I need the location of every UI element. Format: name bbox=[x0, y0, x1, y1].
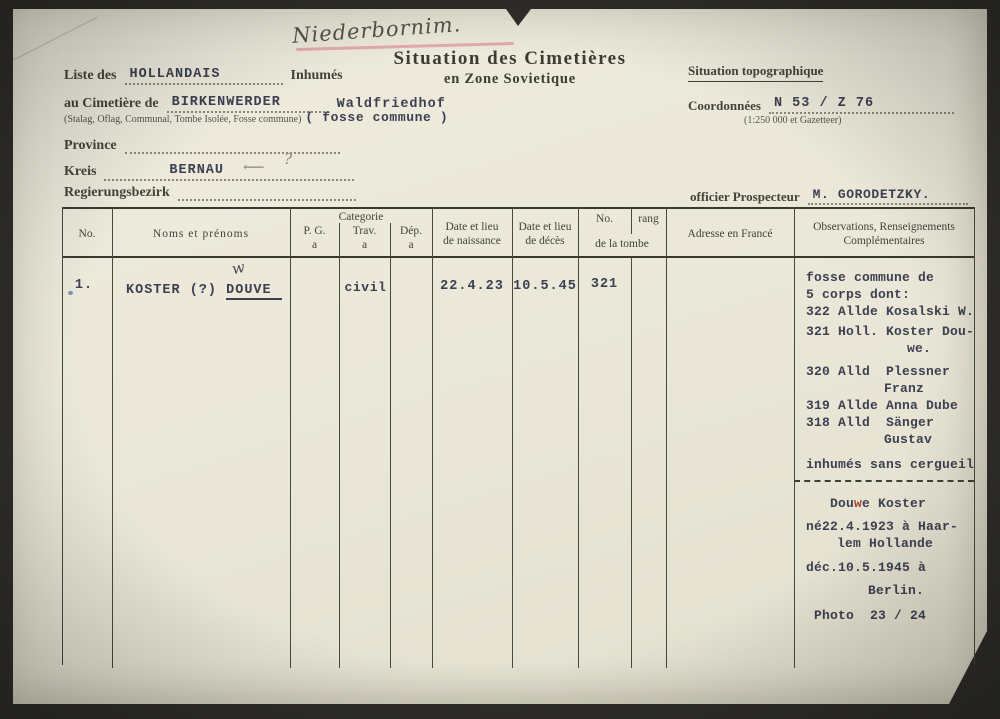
document-scan: Niederbornim. Situation des Cimetières e… bbox=[0, 0, 1000, 719]
province-field bbox=[125, 137, 340, 154]
province-line: Province bbox=[64, 137, 340, 154]
row-no: 1. bbox=[62, 278, 106, 293]
obs-line: 320 Alld Plessner bbox=[806, 363, 982, 380]
coordonnees-value: N 53 / Z 76 bbox=[774, 96, 874, 111]
obs-born-cont: lem Hollande bbox=[806, 535, 982, 552]
coordonnees-field: N 53 / Z 76 bbox=[769, 93, 954, 114]
header-no: No. bbox=[62, 227, 112, 241]
liste-field: HOLLANDAIS bbox=[125, 64, 283, 85]
obs-line: 318 Alld Sänger bbox=[806, 414, 982, 431]
row-name: KOSTER (?) DOUVE bbox=[126, 280, 282, 298]
obs-line: 319 Allde Anna Dube bbox=[806, 397, 982, 414]
regierungsbezirk-label: Regierungsbezirk bbox=[64, 185, 170, 201]
obs-line: fosse commune de bbox=[806, 269, 982, 286]
row-categorie-trav: civil bbox=[341, 280, 390, 295]
regierungsbezirk-field bbox=[178, 184, 356, 201]
liste-line: Liste des HOLLANDAIS Inhumés bbox=[64, 64, 343, 85]
header-tombe-rang: rang bbox=[631, 212, 666, 226]
coordonnees-label: Coordonnées bbox=[688, 99, 761, 114]
officier-value: M. GORODETZKY. bbox=[813, 187, 931, 202]
form-title: Situation des Cimetières bbox=[355, 48, 665, 70]
row-name-underlined: DOUVE bbox=[226, 283, 282, 300]
row-observations-block2: Douwe Koster né22.4.1923 à Haar- lem Hol… bbox=[806, 495, 982, 624]
header-trav: Trav. a bbox=[339, 224, 390, 252]
kreis-line: Kreis BERNAU bbox=[64, 160, 354, 181]
type-value: ( fosse commune ) bbox=[305, 111, 448, 126]
header-dep: Dép. a bbox=[390, 224, 432, 252]
pencil-question-annotation: ? bbox=[284, 150, 292, 168]
obs-born: né22.4.1923 à Haar- bbox=[806, 518, 982, 535]
liste-value: HOLLANDAIS bbox=[130, 67, 221, 82]
kreis-label: Kreis bbox=[64, 164, 96, 180]
obs-deceased-name: Douwe Koster bbox=[806, 495, 982, 512]
observations-dashed-divider bbox=[794, 480, 974, 482]
subcol-line-no-rang bbox=[631, 257, 632, 668]
col-line-naissance bbox=[512, 207, 513, 668]
col-line-adresse-end bbox=[794, 207, 795, 668]
obs-line: 321 Holl. Koster Dou- bbox=[806, 323, 982, 340]
kreis-field: BERNAU bbox=[104, 160, 354, 181]
liste-label: Liste des bbox=[64, 68, 117, 84]
obs-died-place: Berlin. bbox=[806, 582, 982, 599]
type-options: (Stalag, Oflag, Communal, Tombe Isolée, … bbox=[64, 114, 301, 126]
burial-table: No. Noms et prénoms Categorie P. G. a Tr… bbox=[62, 207, 974, 668]
subcol-line-trav-dep bbox=[390, 223, 391, 668]
form-subtitle: en Zone Sovietique bbox=[355, 71, 665, 88]
pencil-arrow-annotation: ⟵ bbox=[243, 158, 265, 176]
red-letter-correction: w bbox=[854, 496, 862, 511]
header-observations: Observations, Renseignements Complémenta… bbox=[794, 220, 974, 248]
type-line: (Stalag, Oflag, Communal, Tombe Isolée, … bbox=[64, 111, 448, 126]
obs-line: 5 corps dont: bbox=[806, 286, 982, 303]
col-line-no bbox=[112, 207, 113, 668]
situation-topographique-heading: Situation topographique bbox=[688, 64, 823, 82]
table-edge-left bbox=[62, 207, 63, 665]
header-adresse: Adresse en Francé bbox=[666, 227, 794, 241]
header-deces: Date et lieu de décès bbox=[512, 220, 578, 248]
row-observations-block1: fosse commune de 5 corps dont: 322 Allde… bbox=[806, 269, 982, 473]
obs-line: 322 Allde Kosalski W. bbox=[806, 303, 982, 320]
obs-line: we. bbox=[806, 340, 982, 357]
row-name-prefix: KOSTER (?) bbox=[126, 283, 226, 298]
row-date-naissance: 22.4.23 bbox=[432, 279, 512, 294]
cimetiere-value: BIRKENWERDER bbox=[172, 95, 281, 110]
officier-field: M. GORODETZKY. bbox=[808, 185, 968, 205]
obs-line: Franz bbox=[806, 380, 982, 397]
obs-photo: Photo 23 / 24 bbox=[806, 607, 982, 624]
cimetiere-field: BIRKENWERDER bbox=[167, 92, 329, 113]
header-pg: P. G. a bbox=[290, 224, 339, 252]
coordonnees-note: (1:250 000 et Gazetteer) bbox=[744, 115, 841, 127]
province-label: Province bbox=[64, 138, 117, 154]
header-noms: Noms et prénoms bbox=[112, 227, 290, 241]
table-header-rule bbox=[62, 256, 974, 258]
row-tombe-no: 321 bbox=[578, 277, 631, 292]
inhumes-label: Inhumés bbox=[291, 68, 343, 84]
kreis-value: BERNAU bbox=[169, 163, 224, 178]
col-line-tombe-end bbox=[666, 207, 667, 668]
obs-died: déc.10.5.1945 à bbox=[806, 559, 982, 576]
obs-line: inhumés sans cergueil bbox=[806, 456, 982, 473]
table-top-rule bbox=[62, 207, 974, 209]
row-date-deces: 10.5.45 bbox=[512, 279, 578, 294]
col-line-categorie-end bbox=[432, 207, 433, 668]
col-line-noms bbox=[290, 207, 291, 668]
header-tombe: de la tombe bbox=[578, 237, 666, 251]
header-naissance: Date et lieu de naissance bbox=[432, 220, 512, 248]
officier-line: officier Prospecteur M. GORODETZKY. bbox=[690, 185, 968, 205]
header-categorie: Categorie bbox=[290, 210, 432, 224]
officier-label: officier Prospecteur bbox=[690, 190, 800, 205]
regierungsbezirk-line: Regierungsbezirk bbox=[64, 184, 356, 201]
handwritten-name-correction: w bbox=[230, 258, 246, 278]
coordonnees-line: Coordonnées N 53 / Z 76 bbox=[688, 93, 954, 114]
obs-line: Gustav bbox=[806, 431, 982, 448]
header-tombe-no: No. bbox=[578, 212, 631, 226]
